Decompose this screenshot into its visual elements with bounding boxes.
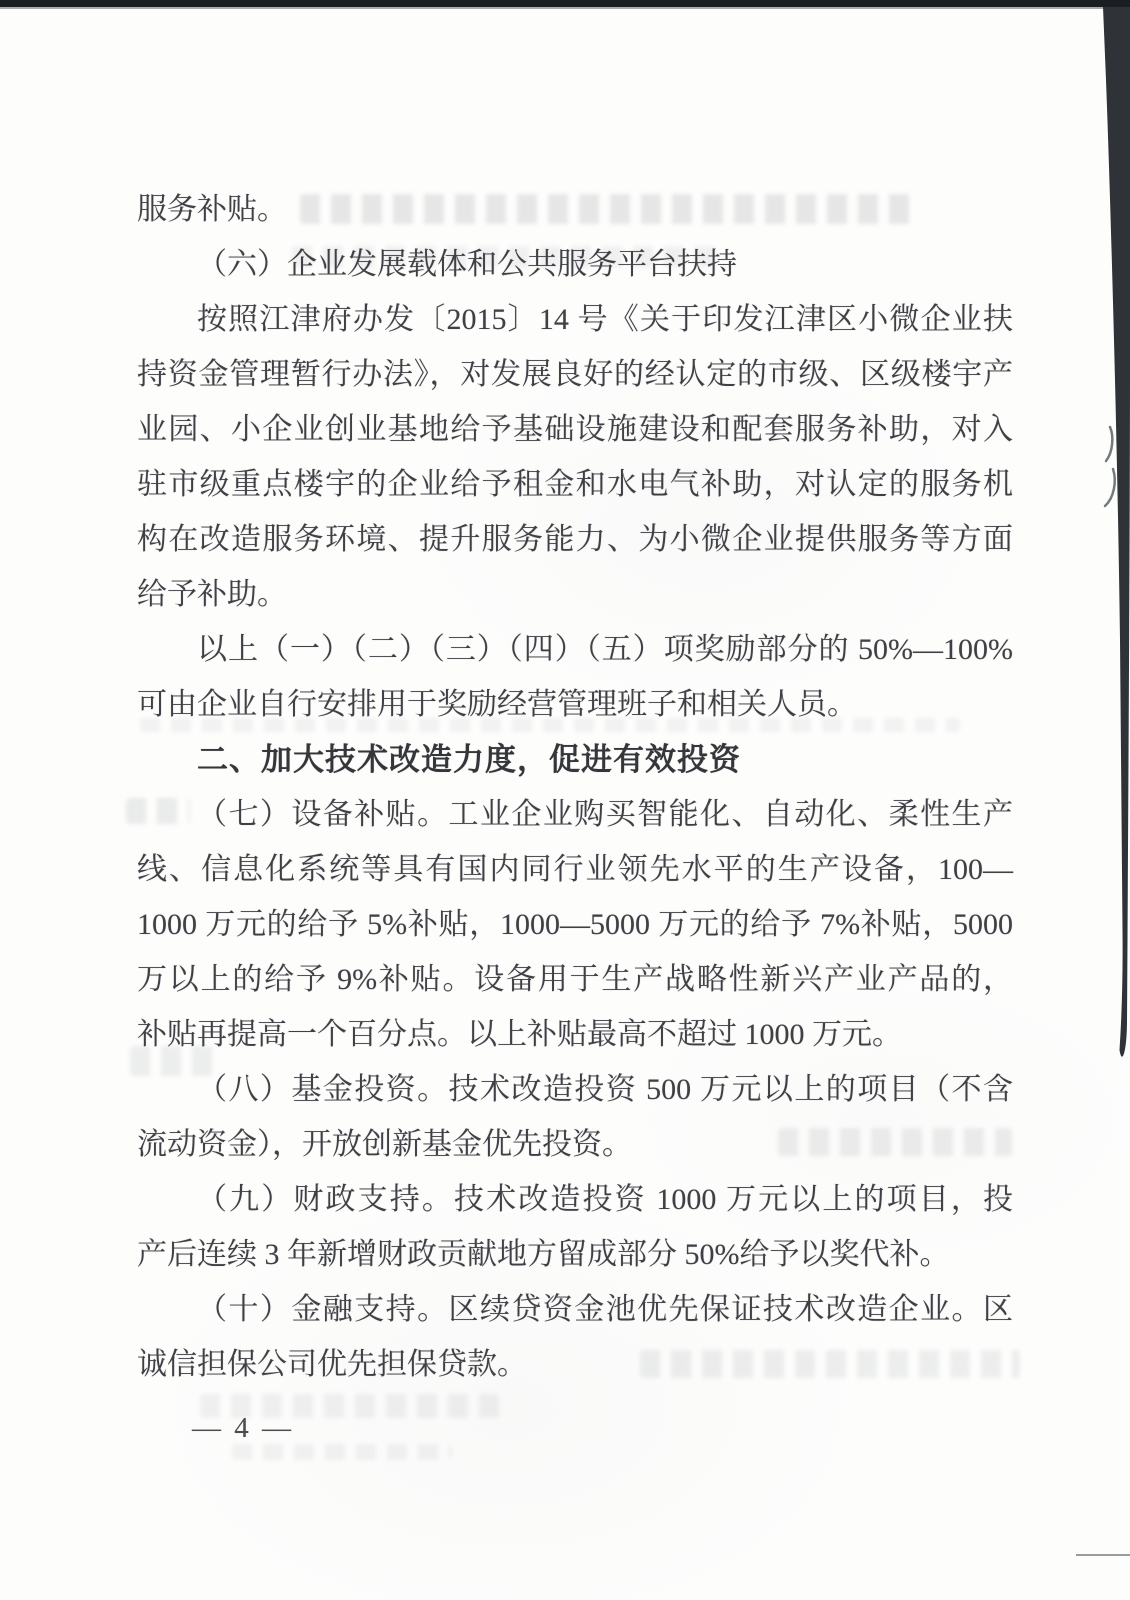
doc-line: 持资金管理暂行办法》，对发展良好的经认定的市级、区级楼宇产 xyxy=(137,347,1013,402)
doc-line: （七）设备补贴。工业企业购买智能化、自动化、柔性生产 xyxy=(137,787,1013,842)
doc-line: 可由企业自行安排用于奖励经营管理班子和相关人员。 xyxy=(137,677,1013,732)
crease-mark xyxy=(1105,469,1115,506)
scanned-document-page: 服务补贴。（六）企业发展载体和公共服务平台扶持按照江津府办发〔2015〕14 号… xyxy=(0,0,1130,1600)
doc-line: 万以上的给予 9%补贴。设备用于生产战略性新兴产业产品的， xyxy=(137,952,1013,1007)
crease-mark xyxy=(1106,427,1112,461)
doc-line: 流动资金），开放创新基金优先投资。 xyxy=(137,1117,1013,1172)
scan-edge-right-wedge xyxy=(1103,7,1130,1057)
doc-line: 诚信担保公司优先担保贷款。 xyxy=(137,1337,1013,1392)
doc-line: 按照江津府办发〔2015〕14 号《关于印发江津区小微企业扶 xyxy=(137,292,1013,347)
doc-line: 产后连续 3 年新增财政贡献地方留成部分 50%给予以奖代补。 xyxy=(137,1227,1013,1282)
scan-line-artifact xyxy=(1076,1554,1130,1556)
section-heading: 二、加大技术改造力度，促进有效投资 xyxy=(137,732,1013,787)
doc-line: （九）财政支持。技术改造投资 1000 万元以上的项目，投 xyxy=(137,1172,1013,1227)
scan-edge-top-shadow xyxy=(0,7,1130,9)
doc-line: 补贴再提高一个百分点。以上补贴最高不超过 1000 万元。 xyxy=(137,1007,1013,1062)
bleed-through-artifact xyxy=(232,1444,452,1460)
doc-line: 给予补助。 xyxy=(137,567,1013,622)
page-number: — 4 — xyxy=(192,1412,294,1445)
doc-line: 线、信息化系统等具有国内同行业领先水平的生产设备，100— xyxy=(137,842,1013,897)
doc-line: （十）金融支持。区续贷资金池优先保证技术改造企业。区 xyxy=(137,1282,1013,1337)
doc-line: 驻市级重点楼宇的企业给予租金和水电气补助，对认定的服务机 xyxy=(137,457,1013,512)
doc-line: （八）基金投资。技术改造投资 500 万元以上的项目（不含 xyxy=(137,1062,1013,1117)
doc-line: 服务补贴。 xyxy=(137,182,1013,237)
doc-line: （六）企业发展载体和公共服务平台扶持 xyxy=(137,237,1013,292)
doc-line: 以上（一）（二）（三）（四）（五）项奖励部分的 50%—100% xyxy=(137,622,1013,677)
doc-line: 1000 万元的给予 5%补贴，1000—5000 万元的给予 7%补贴，500… xyxy=(137,897,1013,952)
doc-line: 构在改造服务环境、提升服务能力、为小微企业提供服务等方面 xyxy=(137,512,1013,567)
doc-line: 业园、小企业创业基地给予基础设施建设和配套服务补助，对入 xyxy=(137,402,1013,457)
document-text: 服务补贴。（六）企业发展载体和公共服务平台扶持按照江津府办发〔2015〕14 号… xyxy=(137,182,1013,1392)
scan-edge-top xyxy=(0,0,1130,7)
